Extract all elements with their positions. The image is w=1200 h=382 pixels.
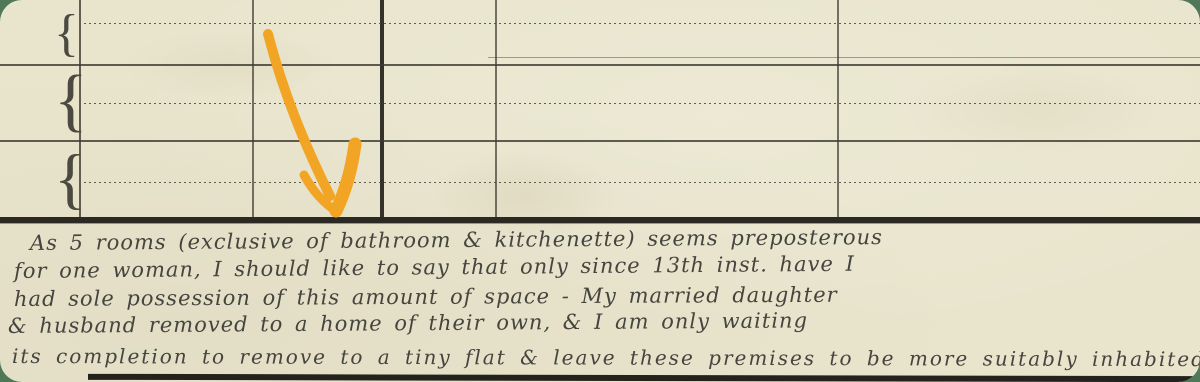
- dotted-entry-line: [84, 23, 1200, 25]
- column-rule-heavy: [380, 0, 384, 221]
- page-bottom-rule: [88, 374, 1200, 382]
- handwritten-line: for one woman, I should like to say that…: [14, 252, 855, 283]
- handwritten-line: its completion to remove to a tiny flat …: [12, 344, 1200, 371]
- column-rule: [495, 0, 497, 221]
- dotted-entry-line: [84, 103, 1200, 105]
- column-rule: [837, 0, 839, 221]
- row-group-brace: {: [54, 8, 79, 60]
- dotted-entry-line: [84, 182, 1200, 184]
- column-rule: [252, 0, 254, 221]
- form-grid: { { {: [0, 0, 1200, 224]
- row-group-rule: [0, 64, 1200, 66]
- row-group-rule: [0, 140, 1200, 142]
- handwritten-line: had sole possession of this amount of sp…: [14, 283, 838, 311]
- table-bottom-rule: [0, 217, 1200, 223]
- row-group-brace: {: [54, 66, 88, 136]
- scanned-census-form: { { { As 5 rooms (exclusive of bathroom …: [0, 0, 1200, 382]
- row-group-brace: {: [54, 144, 87, 212]
- handwritten-line: As 5 rooms (exclusive of bathroom & kitc…: [30, 225, 883, 255]
- handwritten-line: & husband removed to a home of their own…: [8, 308, 808, 338]
- row-rule-echo: [488, 57, 1200, 58]
